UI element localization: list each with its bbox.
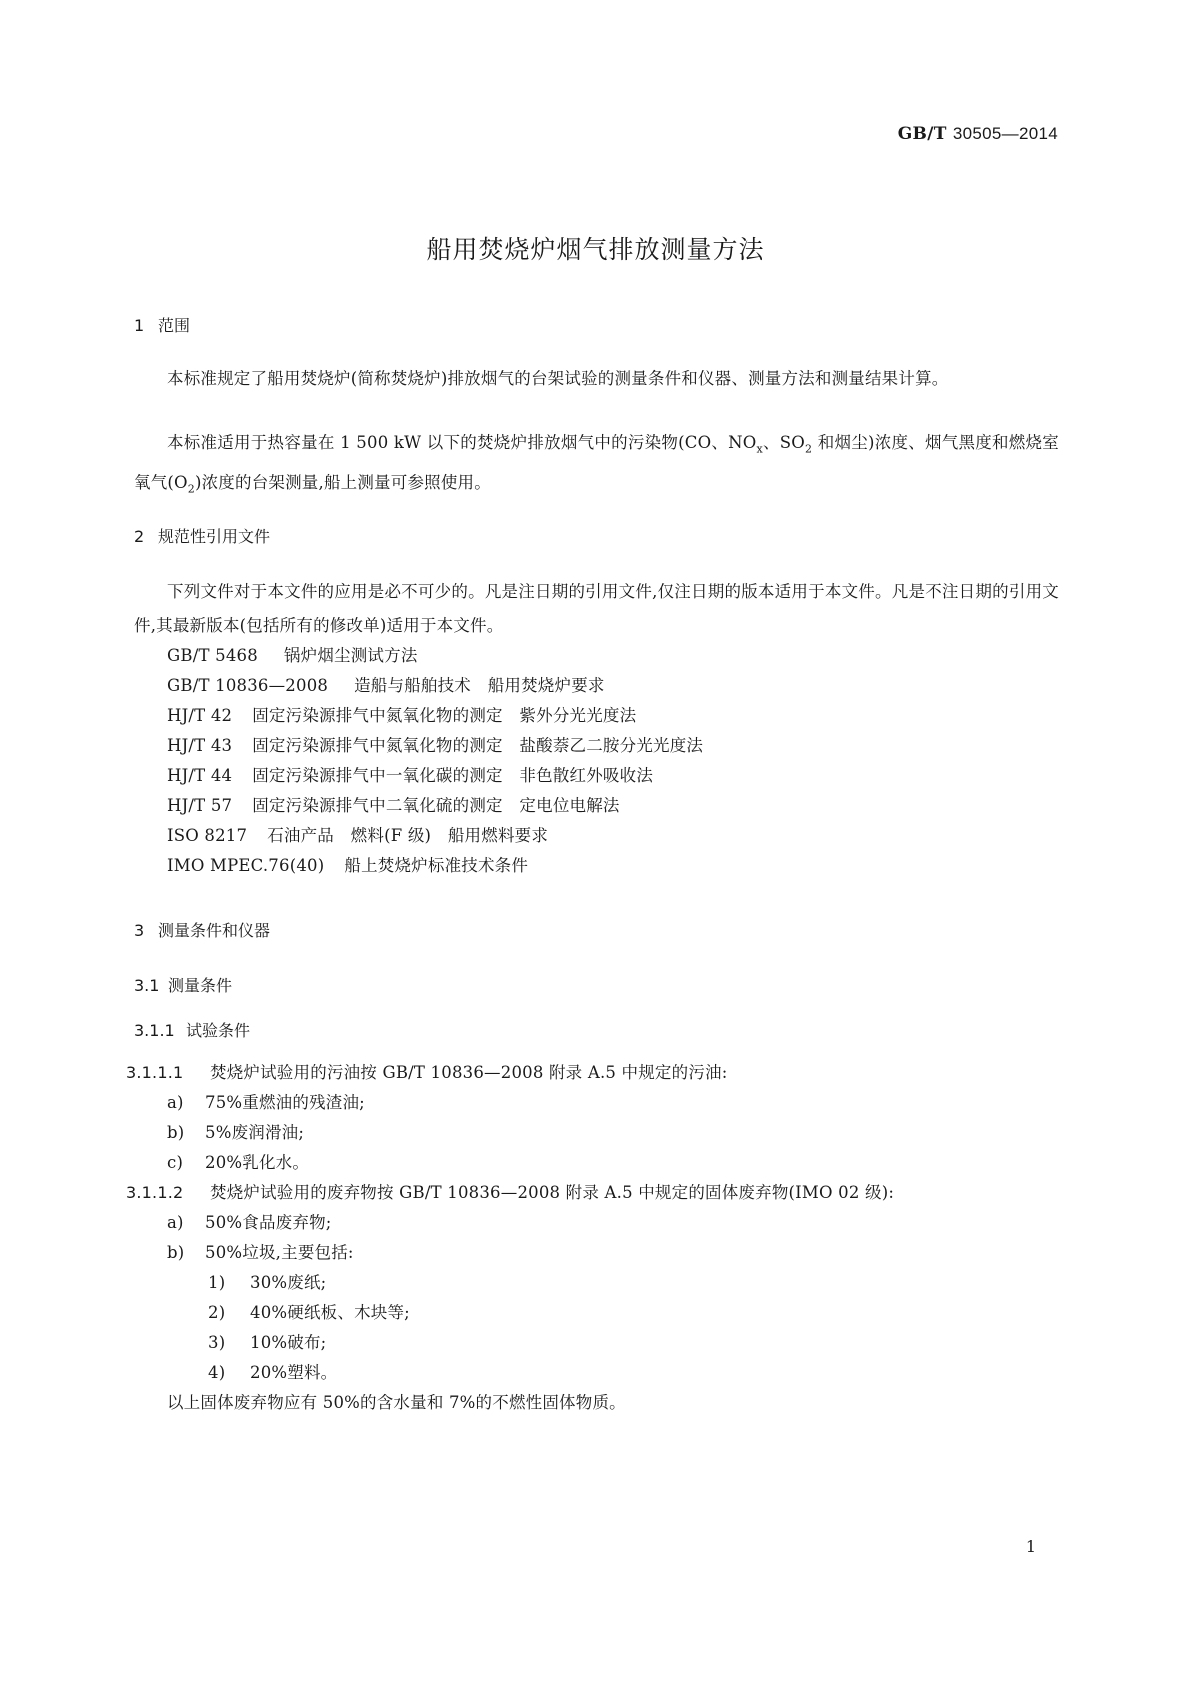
list-item: a)75%重燃油的残渣油; (167, 1086, 365, 1120)
sub-list-item: 4)20%塑料。 (208, 1356, 337, 1390)
standard-code: GB/T 30505—2014 (898, 124, 1058, 144)
reference-item: HJ/T 43固定污染源排气中氮氧化物的测定 盐酸萘乙二胺分光光度法 (167, 729, 703, 763)
sub-list-item: 1)30%废纸; (208, 1266, 326, 1300)
reference-item: HJ/T 57固定污染源排气中二氧化硫的测定 定电位电解法 (167, 789, 620, 823)
section-1-heading: 1范围 (134, 313, 190, 336)
page-number: 1 (1026, 1537, 1036, 1556)
reference-item: IMO MPEC.76(40)船上焚烧炉标准技术条件 (167, 849, 528, 883)
clause-note: 以上固体废弃物应有 50%的含水量和 7%的不燃性固体物质。 (167, 1386, 626, 1420)
clause-3-1-1-2: 3.1.1.2焚烧炉试验用的废弃物按 GB/T 10836—2008 附录 A.… (126, 1176, 894, 1210)
section-1-paragraph-1: 本标准规定了船用焚烧炉(简称焚烧炉)排放烟气的台架试验的测量条件和仪器、测量方法… (134, 362, 1059, 396)
section-2-intro: 下列文件对于本文件的应用是必不可少的。凡是注日期的引用文件,仅注日期的版本适用于… (134, 575, 1059, 643)
list-item: b)5%废润滑油; (167, 1116, 304, 1150)
list-item: c)20%乳化水。 (167, 1146, 309, 1180)
list-item: a)50%食品废弃物; (167, 1206, 332, 1240)
clause-3-1-1-1: 3.1.1.1焚烧炉试验用的污油按 GB/T 10836—2008 附录 A.5… (126, 1056, 728, 1090)
standard-number: 30505—2014 (953, 124, 1058, 143)
document-page: GB/T 30505—2014 船用焚烧炉烟气排放测量方法 1范围 本标准规定了… (0, 0, 1191, 1684)
sub-list-item: 3)10%破布; (208, 1326, 326, 1360)
reference-item: GB/T 10836—2008造船与船舶技术 船用焚烧炉要求 (167, 669, 605, 703)
reference-item: GB/T 5468锅炉烟尘测试方法 (167, 639, 418, 673)
section-3-1-heading: 3.1测量条件 (134, 973, 232, 996)
reference-item: HJ/T 44固定污染源排气中一氧化碳的测定 非色散红外吸收法 (167, 759, 653, 793)
reference-item: HJ/T 42固定污染源排气中氮氧化物的测定 紫外分光光度法 (167, 699, 636, 733)
sub-list-item: 2)40%硬纸板、木块等; (208, 1296, 410, 1330)
document-title: 船用焚烧炉烟气排放测量方法 (0, 230, 1191, 266)
section-2-heading: 2规范性引用文件 (134, 524, 270, 547)
standard-prefix: GB/T (898, 124, 947, 144)
list-item: b)50%垃圾,主要包括: (167, 1236, 354, 1270)
section-3-heading: 3测量条件和仪器 (134, 918, 270, 941)
section-1-paragraph-2: 本标准适用于热容量在 1 500 kW 以下的焚烧炉排放烟气中的污染物(CO、N… (134, 426, 1059, 507)
section-3-1-1-heading: 3.1.1试验条件 (134, 1018, 250, 1041)
reference-item: ISO 8217石油产品 燃料(F 级) 船用燃料要求 (167, 819, 548, 853)
